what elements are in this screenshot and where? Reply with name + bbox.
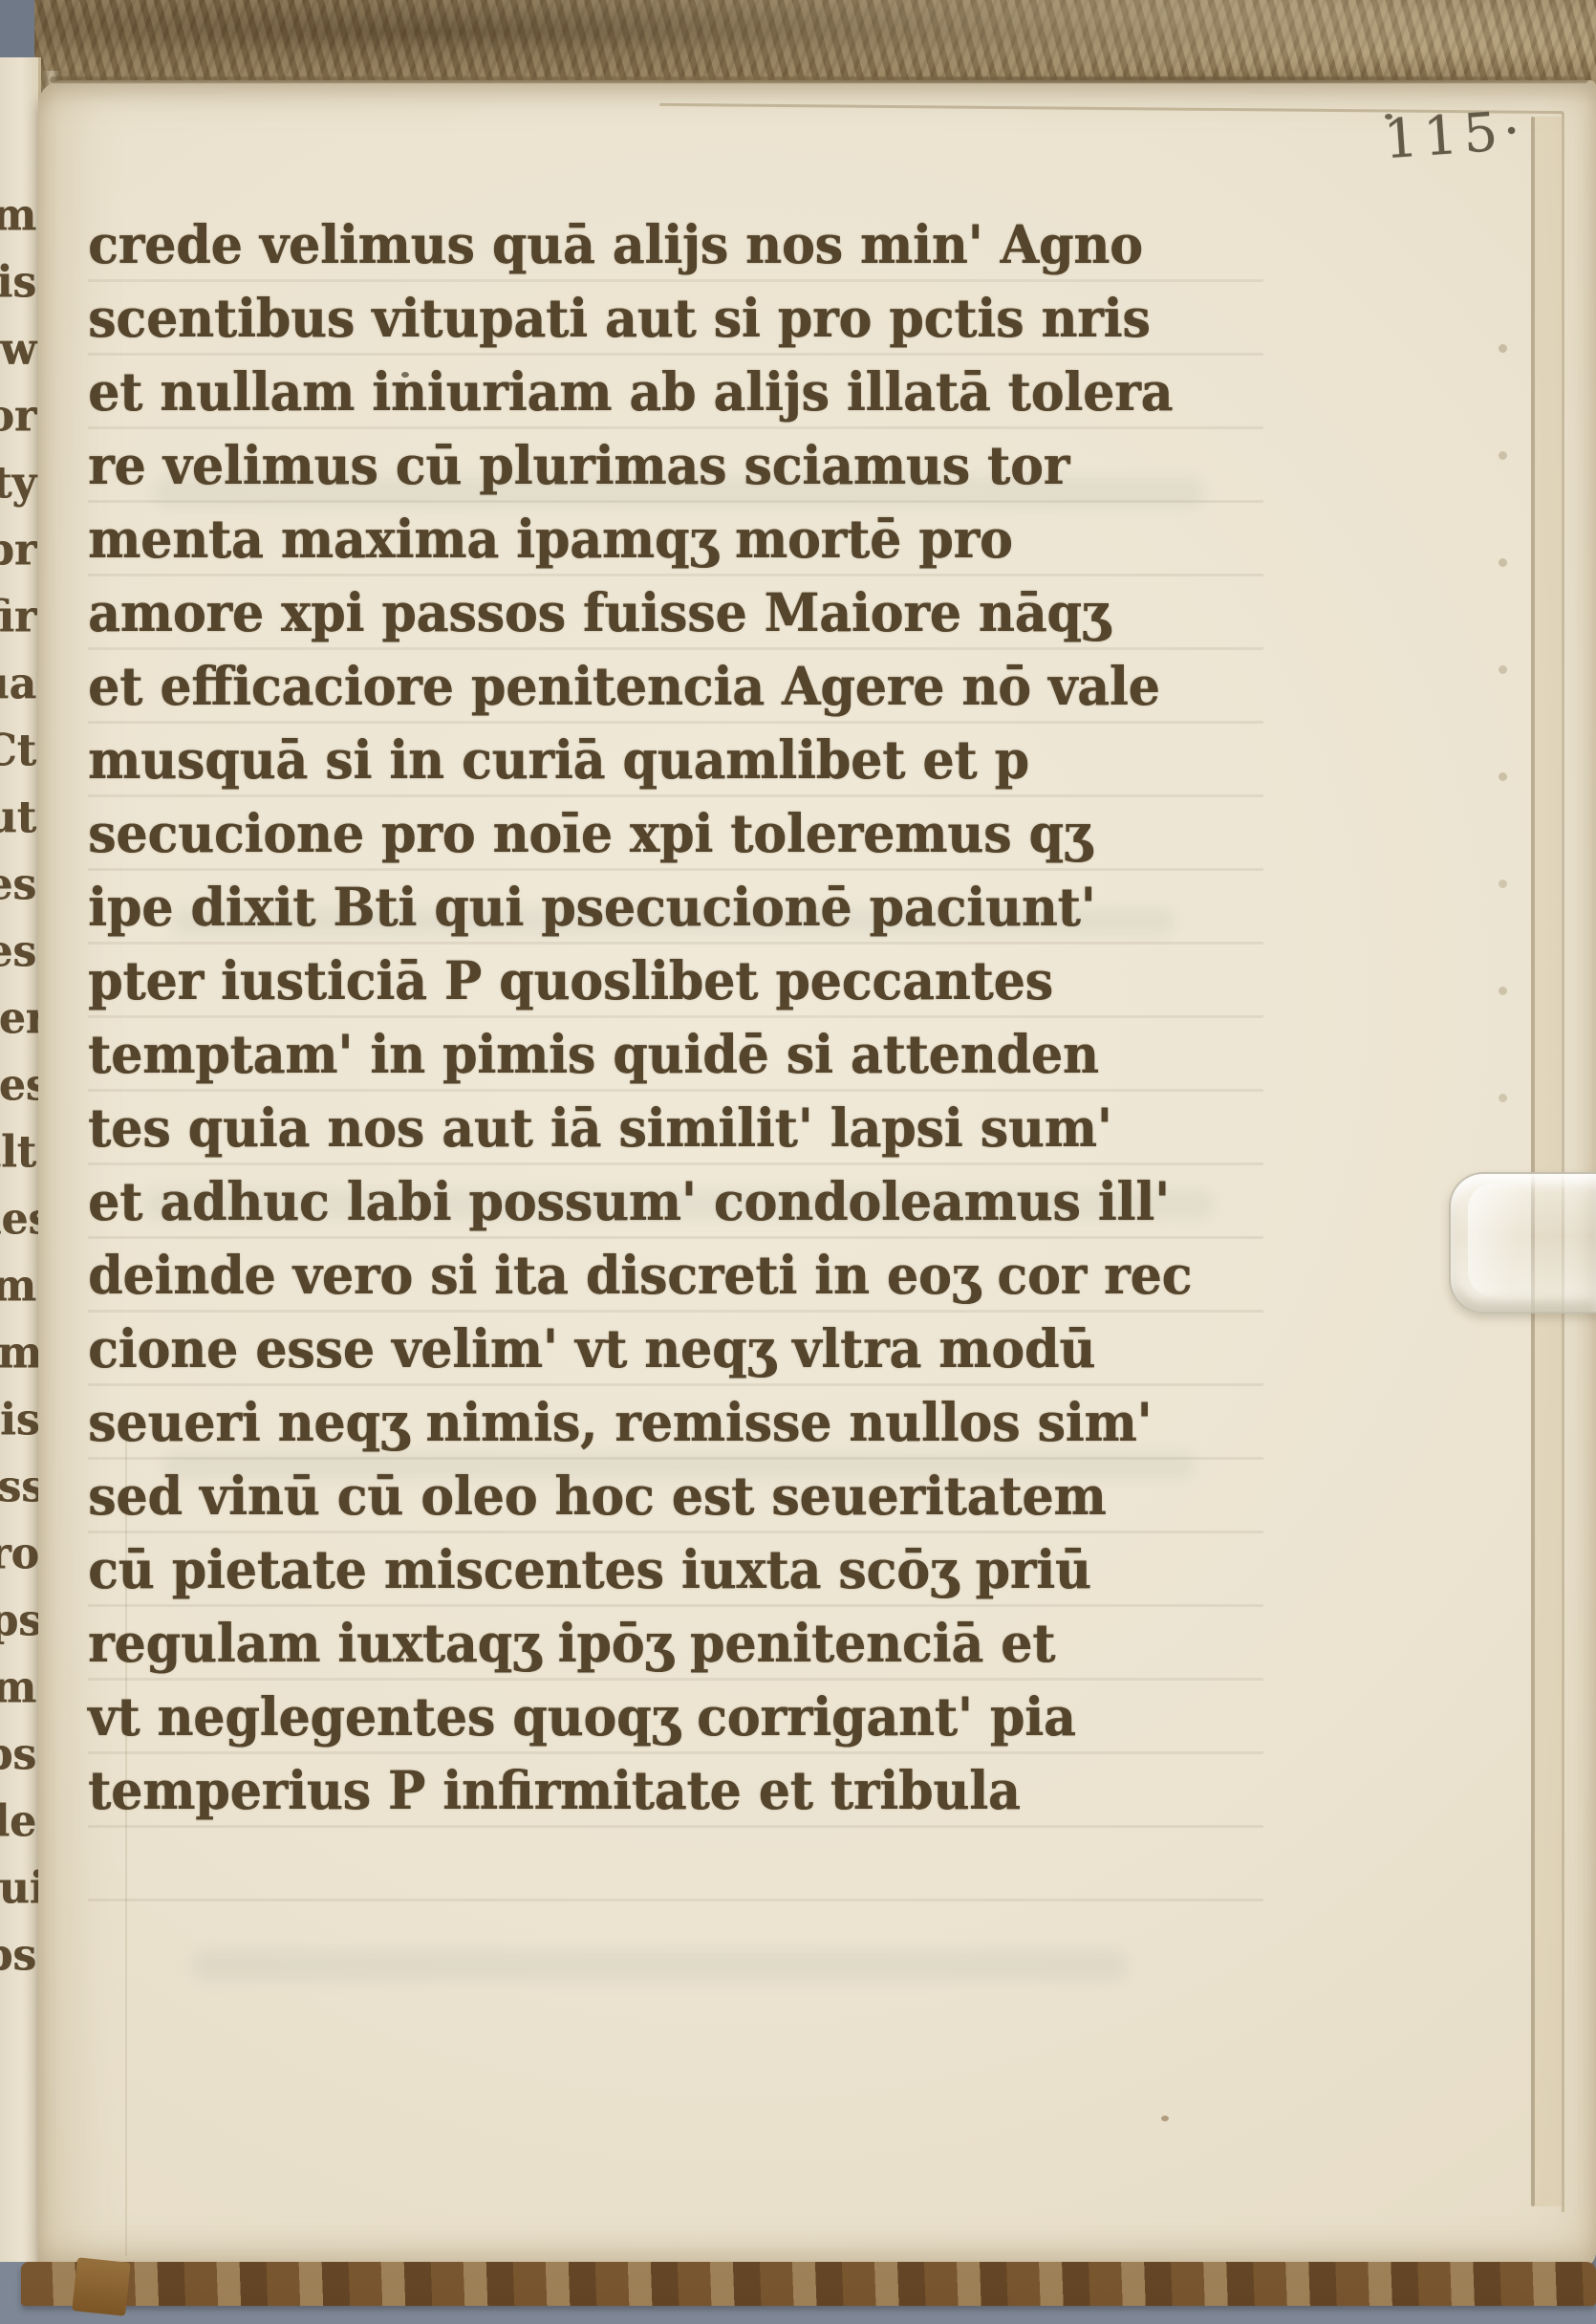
show-through-stain (191, 1950, 1128, 1981)
manuscript-line: cū pietate miscentes iuxta scōʒ priū (88, 1533, 1263, 1612)
facing-page-text-fragment: om (0, 1331, 36, 1377)
pricking-marks (1499, 344, 1507, 353)
facing-page-text-fragment: Ct (0, 728, 36, 774)
page-top-edge (50, 76, 1588, 83)
facing-page-text-fragment: fir (0, 595, 36, 641)
facing-page-text-fragment: ty (0, 461, 36, 507)
facing-page-sliver: miswortybrfiruaCtutiesesberbesaltliesimo… (0, 57, 41, 2262)
manuscript-line: ipe dixit Bti qui psecucionē paciunt' (88, 871, 1263, 949)
facing-page-text-fragment: or (0, 394, 36, 440)
facing-page-text-fragment: lies (0, 1197, 36, 1243)
text-block: crede velimus quā alijs nos min' Agnosce… (88, 208, 1263, 1910)
facing-page-text-fragment: m (0, 1665, 36, 1711)
facing-page-text-fragment: br (0, 528, 36, 574)
facing-page-text-fragment: ua (0, 662, 36, 707)
manuscript-line: re velimus cū plurimas sciamus tor (88, 429, 1263, 508)
facing-page-text-fragment: ies (0, 862, 36, 908)
underpage-edge-zone (1535, 117, 1562, 2206)
facing-page-text-fragment: alt (0, 1130, 36, 1176)
manuscript-line: et efficaciore penitencia Agere nō vale (88, 650, 1263, 728)
manuscript-line: et adhuc labi possum' condoleamus ill' (88, 1165, 1263, 1244)
manuscript-line: pter iusticiā P quoslibet peccantes (88, 945, 1263, 1023)
facing-page-text-fragment: es (0, 929, 36, 975)
manuscript-line: secucione pro noīe xpi toleremus qʒ (88, 797, 1263, 876)
manuscript-line: scentibus vitupati aut si pro pctis nris (88, 282, 1263, 360)
page-edge-line (1531, 117, 1535, 2206)
facing-page-text-fragment: ossu (0, 1465, 36, 1510)
facing-page-text-fragment: tro (0, 1531, 36, 1577)
manuscript-line: temperius P infirmitate et tribula (88, 1754, 1263, 1833)
facing-page-text-fragment: ber (0, 996, 36, 1042)
facing-page-text-fragment: tps (0, 1598, 36, 1644)
page-edge-line-outer (1562, 113, 1564, 2212)
facing-page-text-fragment: im (0, 1264, 36, 1310)
manuscript-line: crede velimus quā alijs nos min' Agno (88, 208, 1263, 287)
manuscript-line: vt neglegentes quoqʒ corrigant' pia (88, 1681, 1263, 1759)
manuscript-line: musquā si in curiā quamlibet et p (88, 724, 1263, 802)
facing-page-text-fragment: de (0, 1799, 36, 1845)
manuscript-line: deinde vero si ita discreti in eoʒ cor r… (88, 1239, 1263, 1317)
facing-page-text-fragment: bes (0, 1063, 36, 1109)
binding-fragment (72, 2257, 131, 2316)
manuscript-line: temptam' in pimis quidē si attenden (88, 1018, 1263, 1097)
facing-page-text-fragment: is (0, 260, 36, 306)
manuscript-line: regulam iuxtaqʒ ipōʒ penitenciā et (88, 1607, 1263, 1685)
manuscript-photo: miswortybrfiruaCtutiesesberbesaltliesimo… (0, 0, 1596, 2324)
folio-number: 115· (1382, 98, 1558, 171)
manuscript-line: sed vinū cū oleo hoc est seueritatem (88, 1460, 1263, 1538)
facing-page-text-fragment: w (0, 327, 36, 373)
facing-page-text-fragment: ps (0, 1732, 36, 1778)
page-clip (1449, 1172, 1596, 1314)
manuscript-line: menta maxima ipamqʒ mortē pro (88, 503, 1263, 581)
book-bottom-edge (21, 2262, 1596, 2306)
manuscript-line: cione esse velim' vt neqʒ vltra modū (88, 1313, 1263, 1391)
facing-page-text-fragment: ut (0, 795, 36, 841)
manuscript-line: amore xpi passos fuisse Maiore nāqʒ (88, 576, 1263, 655)
manuscript-line: seueri neqʒ nimis, remisse nullos sim' (88, 1386, 1263, 1465)
manuscript-line: tes quia nos aut iā similit' lapsi sum' (88, 1092, 1263, 1170)
facing-page-text-fragment: ps (0, 1933, 36, 1979)
clip-highlight (1468, 1184, 1535, 1296)
facing-page-text-fragment: uis (0, 1398, 36, 1444)
facing-page-text-fragment: qui (0, 1866, 36, 1912)
facing-page-text-fragment: m (0, 193, 36, 239)
manuscript-line: et nullam iniuriam ab alijs illatā toler… (88, 356, 1263, 434)
